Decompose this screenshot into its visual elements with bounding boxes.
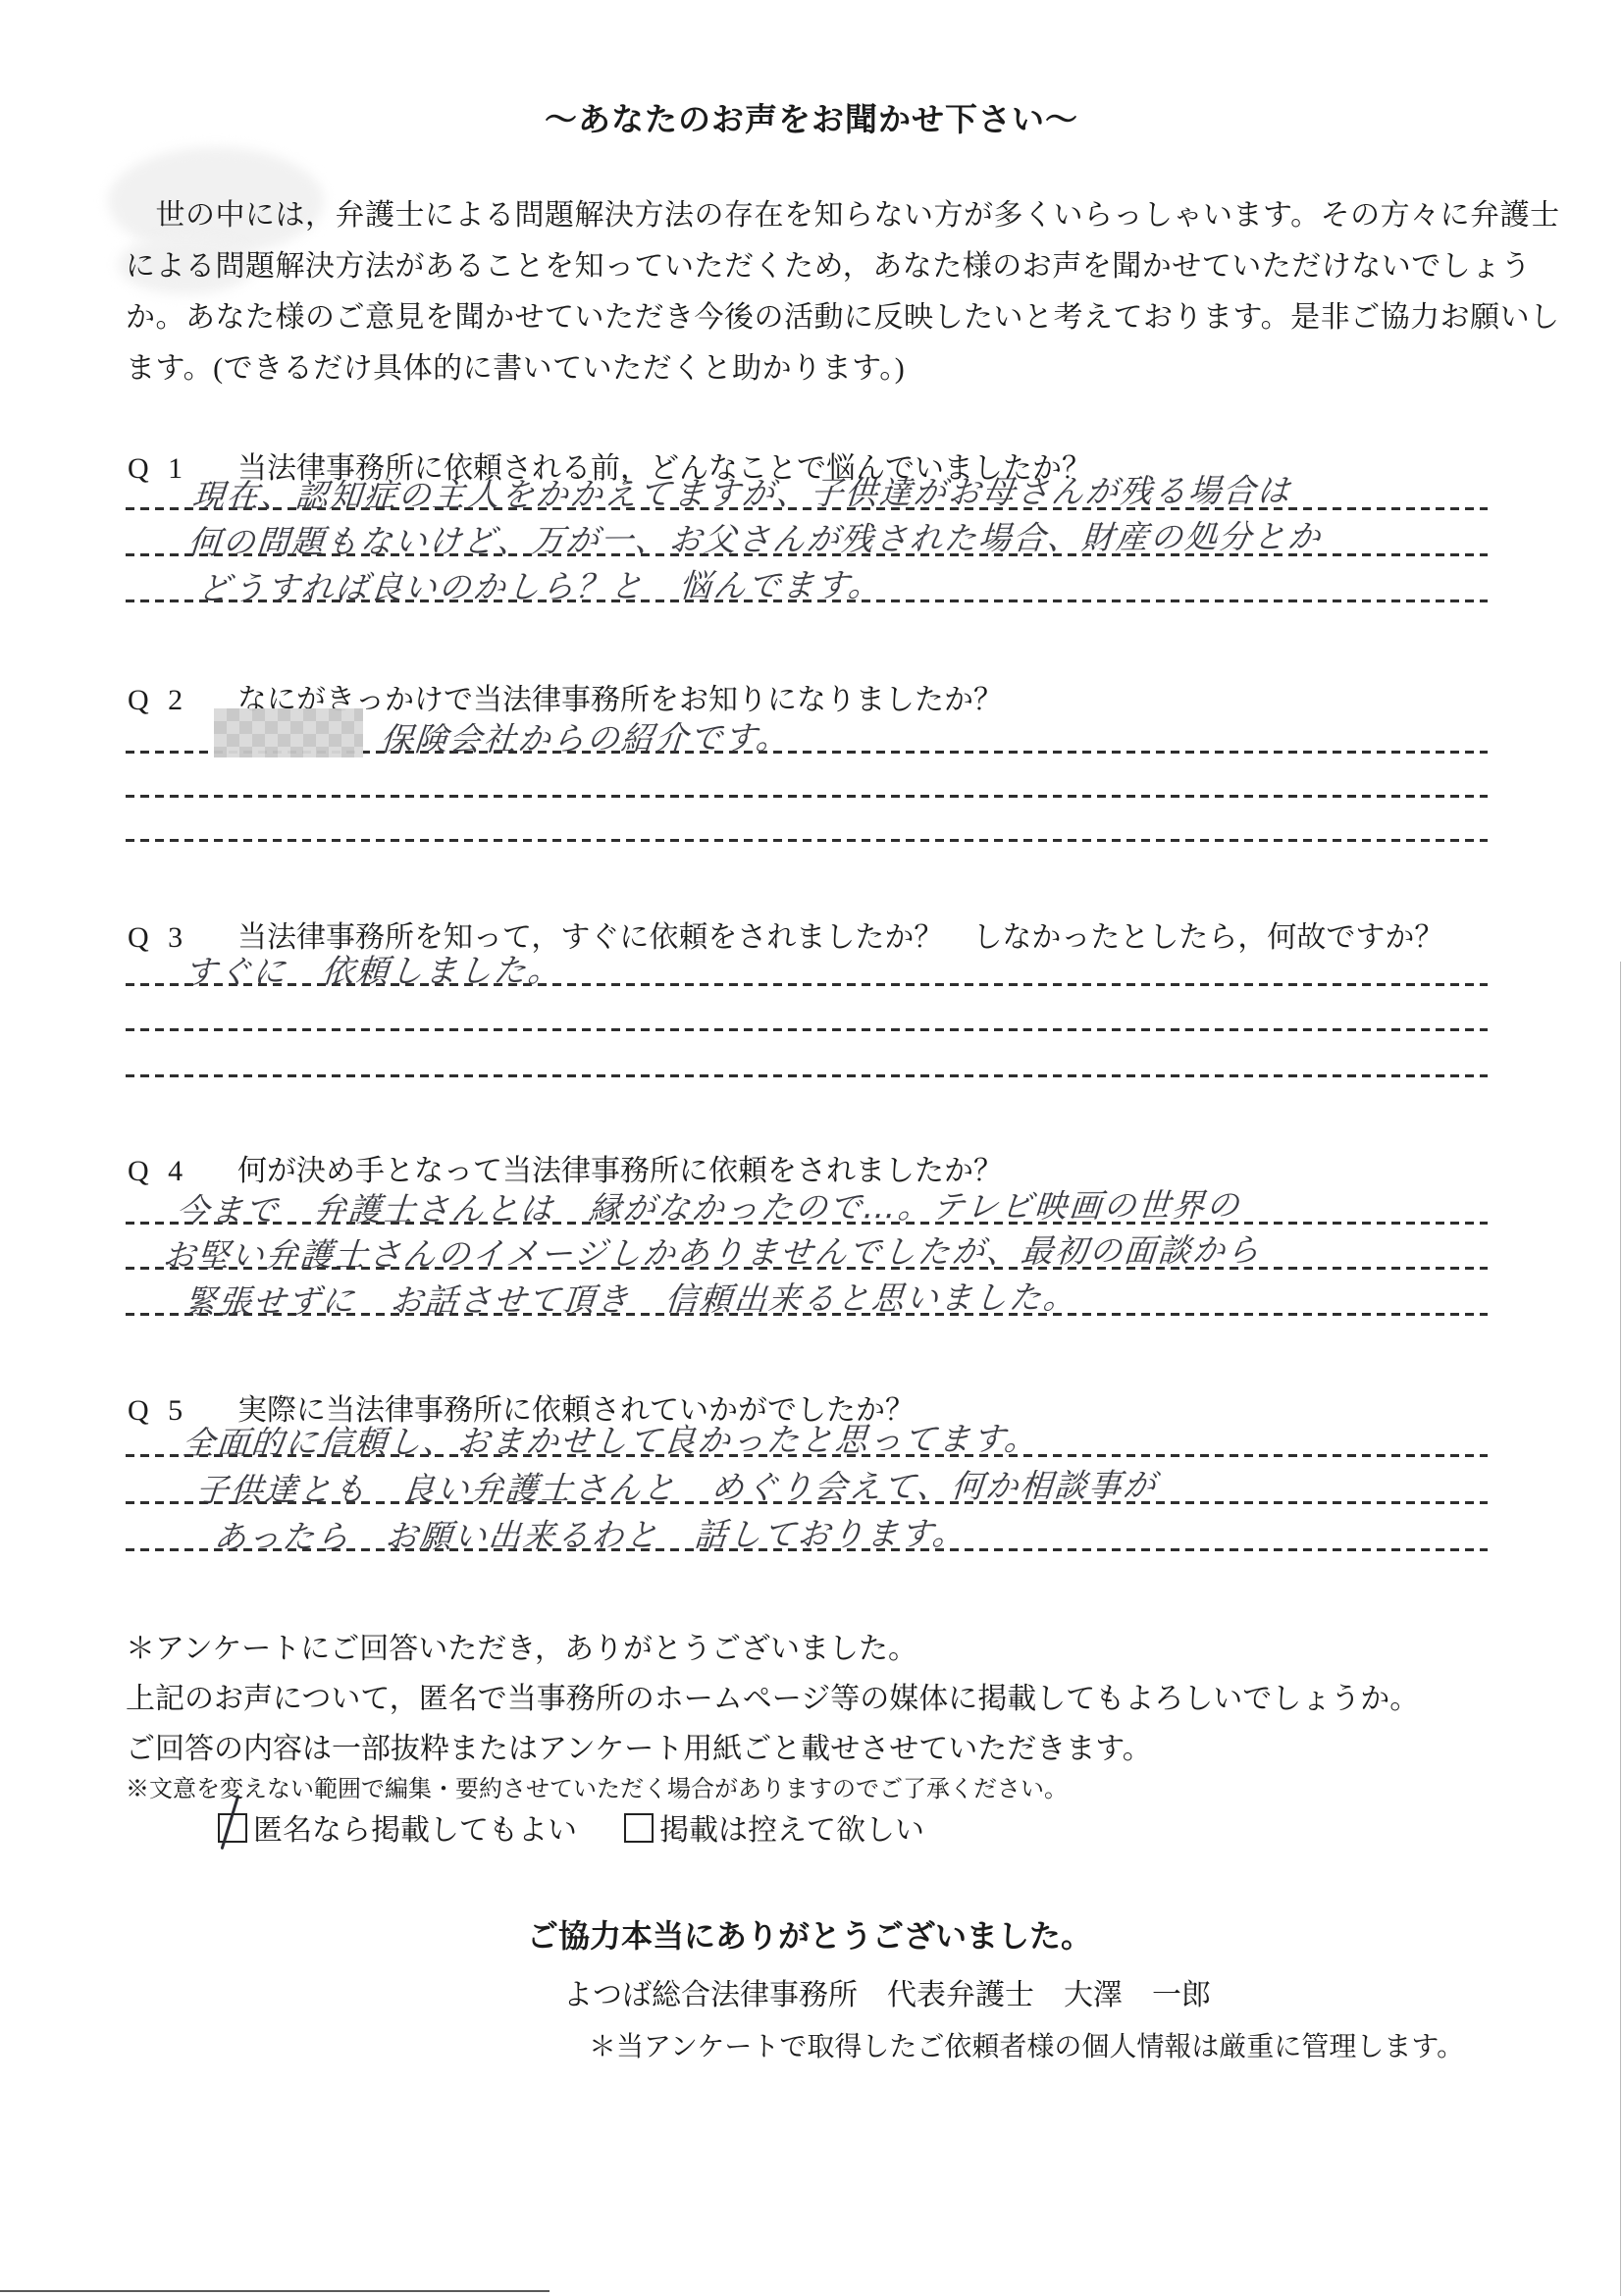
checkbox-icon-no-publish[interactable]	[624, 1813, 654, 1843]
answer-line-q4-3: 緊張せずに お話させて頂き 信頼出来ると思いました。	[126, 1313, 1488, 1316]
footer-big-thanks: ご協力本当にありがとうございました。	[527, 1911, 1092, 1957]
closing-thanks: ＊アンケートにご回答いただき，ありがとうございました。	[126, 1624, 1519, 1667]
redaction-mosaic	[214, 708, 363, 757]
answer-line-q5-3: あったら お願い出来るわと 話しております。	[126, 1548, 1488, 1551]
handwritten-answer-q5-1: 全面的に信頼し、おまかせして良かったと思ってます。	[181, 1413, 1041, 1464]
handwritten-answer-q3-1: すぐに 依頼しました。	[183, 945, 564, 993]
answer-line-q5-1: 全面的に信頼し、おまかせして良かったと思ってます。	[126, 1454, 1488, 1457]
handwritten-answer-q1-1: 現在、認知症の主人をかかえてますが、子供達がお母さんが残る場合は	[190, 465, 1293, 517]
answer-line-q3-2	[126, 1028, 1488, 1031]
handwritten-answer-q4-3: 緊張せずに お話させて頂き 信頼出来ると思いました。	[183, 1272, 1079, 1323]
answer-line-q2-2	[126, 795, 1488, 798]
scan-artifact-bottom-edge	[0, 2290, 550, 2292]
closing-excerpt-note: ご回答の内容は一部抜粋またはアンケート用紙ごと載せさせていただきます。	[126, 1724, 1519, 1767]
handwritten-answer-q4-2: お堅い弁護士さんのイメージしかありませんでしたが、最初の面談から	[161, 1225, 1263, 1277]
answer-line-q1-3: どうすれば良いのかしら？と 悩んでます。	[126, 600, 1488, 602]
checkbox-option-no-publish[interactable]: 掲載は控えて欲しい	[624, 1805, 924, 1849]
answer-line-q5-2: 子供達とも 良い弁護士さんと めぐり会えて、何か相談事が	[126, 1501, 1488, 1504]
survey-page: ～あなたのお声をお聞かせ下さい～ 世の中には，弁護士による問題解決方法の存在を知…	[0, 0, 1623, 2296]
scan-artifact-right-edge	[1620, 962, 1622, 2296]
handwritten-answer-q4-1: 今まで 弁護士さんとは 縁がなかったので…。テレビ映画の世界の	[175, 1179, 1243, 1231]
answer-line-q1-1: 現在、認知症の主人をかかえてますが、子供達がお母さんが残る場合は	[126, 507, 1488, 510]
footer-firm-line: よつば総合法律事務所 代表弁護士 大澤 一郎	[563, 1970, 1211, 2013]
answer-line-q4-2: お堅い弁護士さんのイメージしかありませんでしたが、最初の面談から	[126, 1267, 1488, 1270]
handwritten-answer-q1-3: どうすれば良いのかしら？と 悩んでます。	[196, 559, 885, 609]
checkbox-option-anonymous-ok[interactable]: 匿名なら掲載してもよい	[218, 1805, 577, 1849]
intro-line-3: か。あなた様のご意見を聞かせていただき今後の活動に反映したいと考えております。是…	[126, 298, 1519, 338]
question-q4-label: Q 4	[128, 1155, 237, 1188]
answer-line-q3-3	[126, 1074, 1488, 1077]
intro-line-1: 世の中には，弁護士による問題解決方法の存在を知らない方が多くいらっしゃいます。そ…	[126, 196, 1519, 235]
checkbox-label-anonymous-ok: 匿名なら掲載してもよい	[253, 1814, 577, 1847]
answer-line-q1-2: 何の問題もないけど、万が一、お父さんが残された場合、財産の処分とか	[126, 553, 1488, 556]
checkbox-label-no-publish: 掲載は控えて欲しい	[659, 1814, 924, 1847]
handwritten-answer-q5-2: 子供達とも 良い弁護士さんと めぐり会えて、何か相談事が	[194, 1460, 1160, 1511]
footer-privacy-note: ＊当アンケートで取得したご依頼者様の個人情報は厳重に管理します。	[589, 2025, 1464, 2064]
checkbox-icon-anonymous-ok[interactable]	[218, 1813, 247, 1843]
closing-fine-print: ※文意を変えない範囲で編集・要約させていただく場合がありますのでご了承ください。	[126, 1769, 1519, 1803]
answer-line-q3-1: すぐに 依頼しました。	[126, 983, 1488, 986]
intro-line-4: ます。(できるだけ具体的に書いていただくと助かります。)	[126, 349, 1519, 389]
intro-line-2: による問題解決方法があることを知っていただくため，あなた様のお声を聞かせていただ…	[126, 247, 1519, 287]
answer-line-q2-1: 保険会社からの紹介です。	[126, 751, 1488, 754]
handwritten-answer-q1-2: 何の問題もないけど、万が一、お父さんが残された場合、財産の処分とか	[186, 511, 1324, 563]
answer-line-q2-3	[126, 839, 1488, 842]
closing-publish-question: 上記のお声について，匿名で当事務所のホームページ等の媒体に掲載してもよろしいでし…	[126, 1674, 1519, 1717]
handwritten-answer-q5-3: あったら お願い出来るわと 話しております。	[212, 1508, 969, 1558]
page-title: ～あなたのお声をお聞かせ下さい～	[0, 94, 1623, 140]
answer-line-q4-1: 今まで 弁護士さんとは 縁がなかったので…。テレビ映画の世界の	[126, 1222, 1488, 1225]
handwritten-answer-q2-1: 保険会社からの紹介です。	[379, 712, 792, 760]
